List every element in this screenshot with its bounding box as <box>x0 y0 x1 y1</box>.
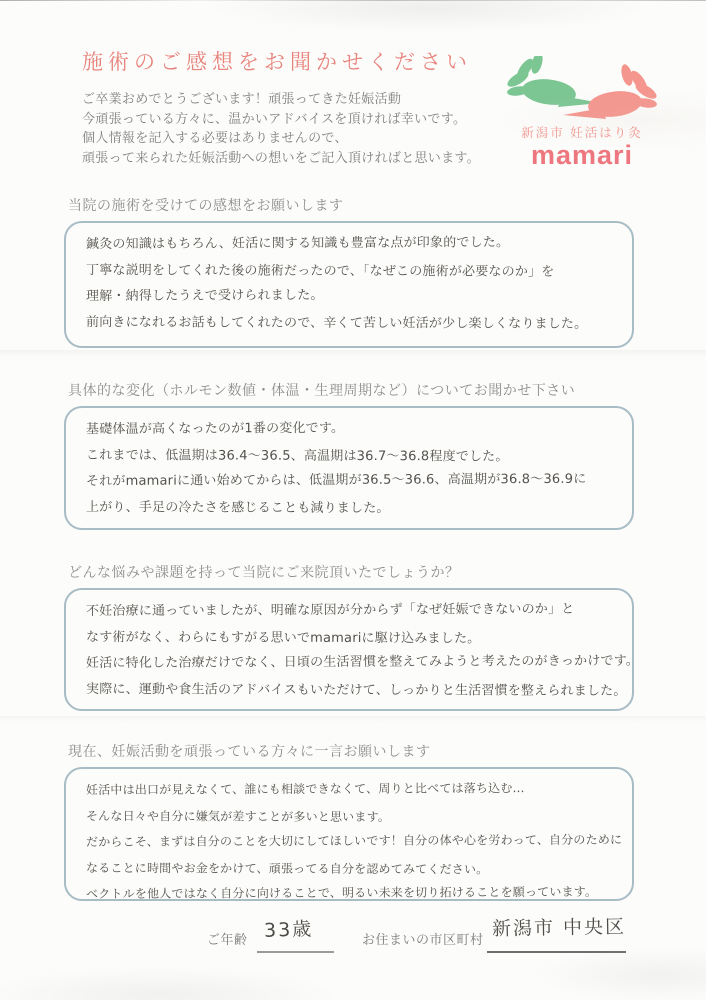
handwritten-line: 不妊治療に通っていましたが、明確な原因が分からず「なぜ妊娠できないのか」と <box>86 597 618 625</box>
logo-name: mamari <box>498 142 666 169</box>
handwritten-line: ベクトルを他人ではなく自分に向けることで、明るい未来を切り拓けることを願っていま… <box>86 879 618 907</box>
answer-box: 不妊治療に通っていましたが、明確な原因が分からず「なぜ妊娠できないのか」と なす… <box>64 588 634 711</box>
page-title: 施術のご感想をお聞かせください <box>82 46 472 76</box>
handwritten-line: それがmamariに通い始めてからは、低温期が36.5～36.6、高温期が36.… <box>86 467 618 495</box>
intro-text: ご卒業おめでとうございます！頑張ってきた妊娠活動 今頑張っている方々に、温かいア… <box>82 89 480 167</box>
question-label: 当院の施術を受けての感想をお願いします <box>68 195 344 215</box>
handwritten-line: 妊活に特化した治療だけでなく、日頃の生活習慣を整えてみようと考えたのがきっかけで… <box>86 649 618 677</box>
handwritten-line: 鍼灸の知識はもちろん、妊活に関する知識も豊富な点が印象的でした。 <box>86 230 618 258</box>
handwritten-line: 基礎体温が高くなったのが1番の変化です。 <box>86 415 618 443</box>
city-label: お住まいの市区町村 <box>362 929 484 948</box>
scan-streak <box>0 350 706 357</box>
handwritten-line: 前向きになれるお話もしてくれたので、辛くて苦しい妊活が少し楽しくなりました。 <box>86 310 618 338</box>
green-hand-icon <box>505 56 601 108</box>
intro-line: ご卒業おめでとうございます！頑張ってきた妊娠活動 <box>82 89 480 109</box>
answer-box: 妊活中は出口が見えなくて、誰にも相談できなくて、周りと比べては落ち込む… そんな… <box>64 767 634 901</box>
pink-hand-icon <box>563 63 659 120</box>
age-underline <box>257 951 334 953</box>
logo-hands-icon <box>502 56 662 120</box>
answer-box: 鍼灸の知識はもちろん、妊活に関する知識も豊富な点が印象的でした。 丁寧な説明をし… <box>64 221 634 348</box>
handwritten-line: 理解・納得したうえで受けられました。 <box>86 282 618 310</box>
question-label: どんな悩みや課題を持って当院にご来院頂いたでしょうか？ <box>68 562 460 582</box>
city-underline <box>487 951 626 953</box>
handwritten-line: 妊活中は出口が見えなくて、誰にも相談できなくて、周りと比べては落ち込む… <box>86 775 618 803</box>
age-label: ご年齢 <box>207 929 248 948</box>
intro-line: 個人情報を記入する必要はありませんので、 <box>82 128 480 148</box>
clinic-logo: 新潟市 妊活はり灸 mamari <box>498 56 666 169</box>
intro-line: 頑張って来られた妊娠活動への想いをご記入頂ければと思います。 <box>82 148 480 168</box>
city-value: 新潟市 中央区 <box>492 912 626 941</box>
question-label: 現在、妊娠活動を頑張っている方々に一言お願いします <box>68 741 431 761</box>
age-value: 33歳 <box>264 914 314 943</box>
handwritten-line: 実際に、運動や食生活のアドバイスもいただけて、しっかりと生活習慣を整えられました… <box>86 677 618 705</box>
question-label: 具体的な変化（ホルモン数値・体温・生理周期など）についてお聞かせ下さい <box>68 380 575 400</box>
answer-box: 基礎体温が高くなったのが1番の変化です。 これまでは、低温期は36.4～36.5… <box>64 406 634 530</box>
intro-line: 今頑張っている方々に、温かいアドバイスを頂ければ幸いです。 <box>82 109 480 129</box>
handwritten-line: 上がり、手足の冷たさを感じることも減りました。 <box>86 495 618 523</box>
handwritten-line: だからこそ、まずは自分のことを大切にしてほしいです！自分の体や心を労わって、自分… <box>86 827 618 855</box>
logo-subtitle: 新潟市 妊活はり灸 <box>498 123 666 141</box>
scan-edge-line <box>0 0 706 1</box>
scan-streak <box>0 716 706 722</box>
